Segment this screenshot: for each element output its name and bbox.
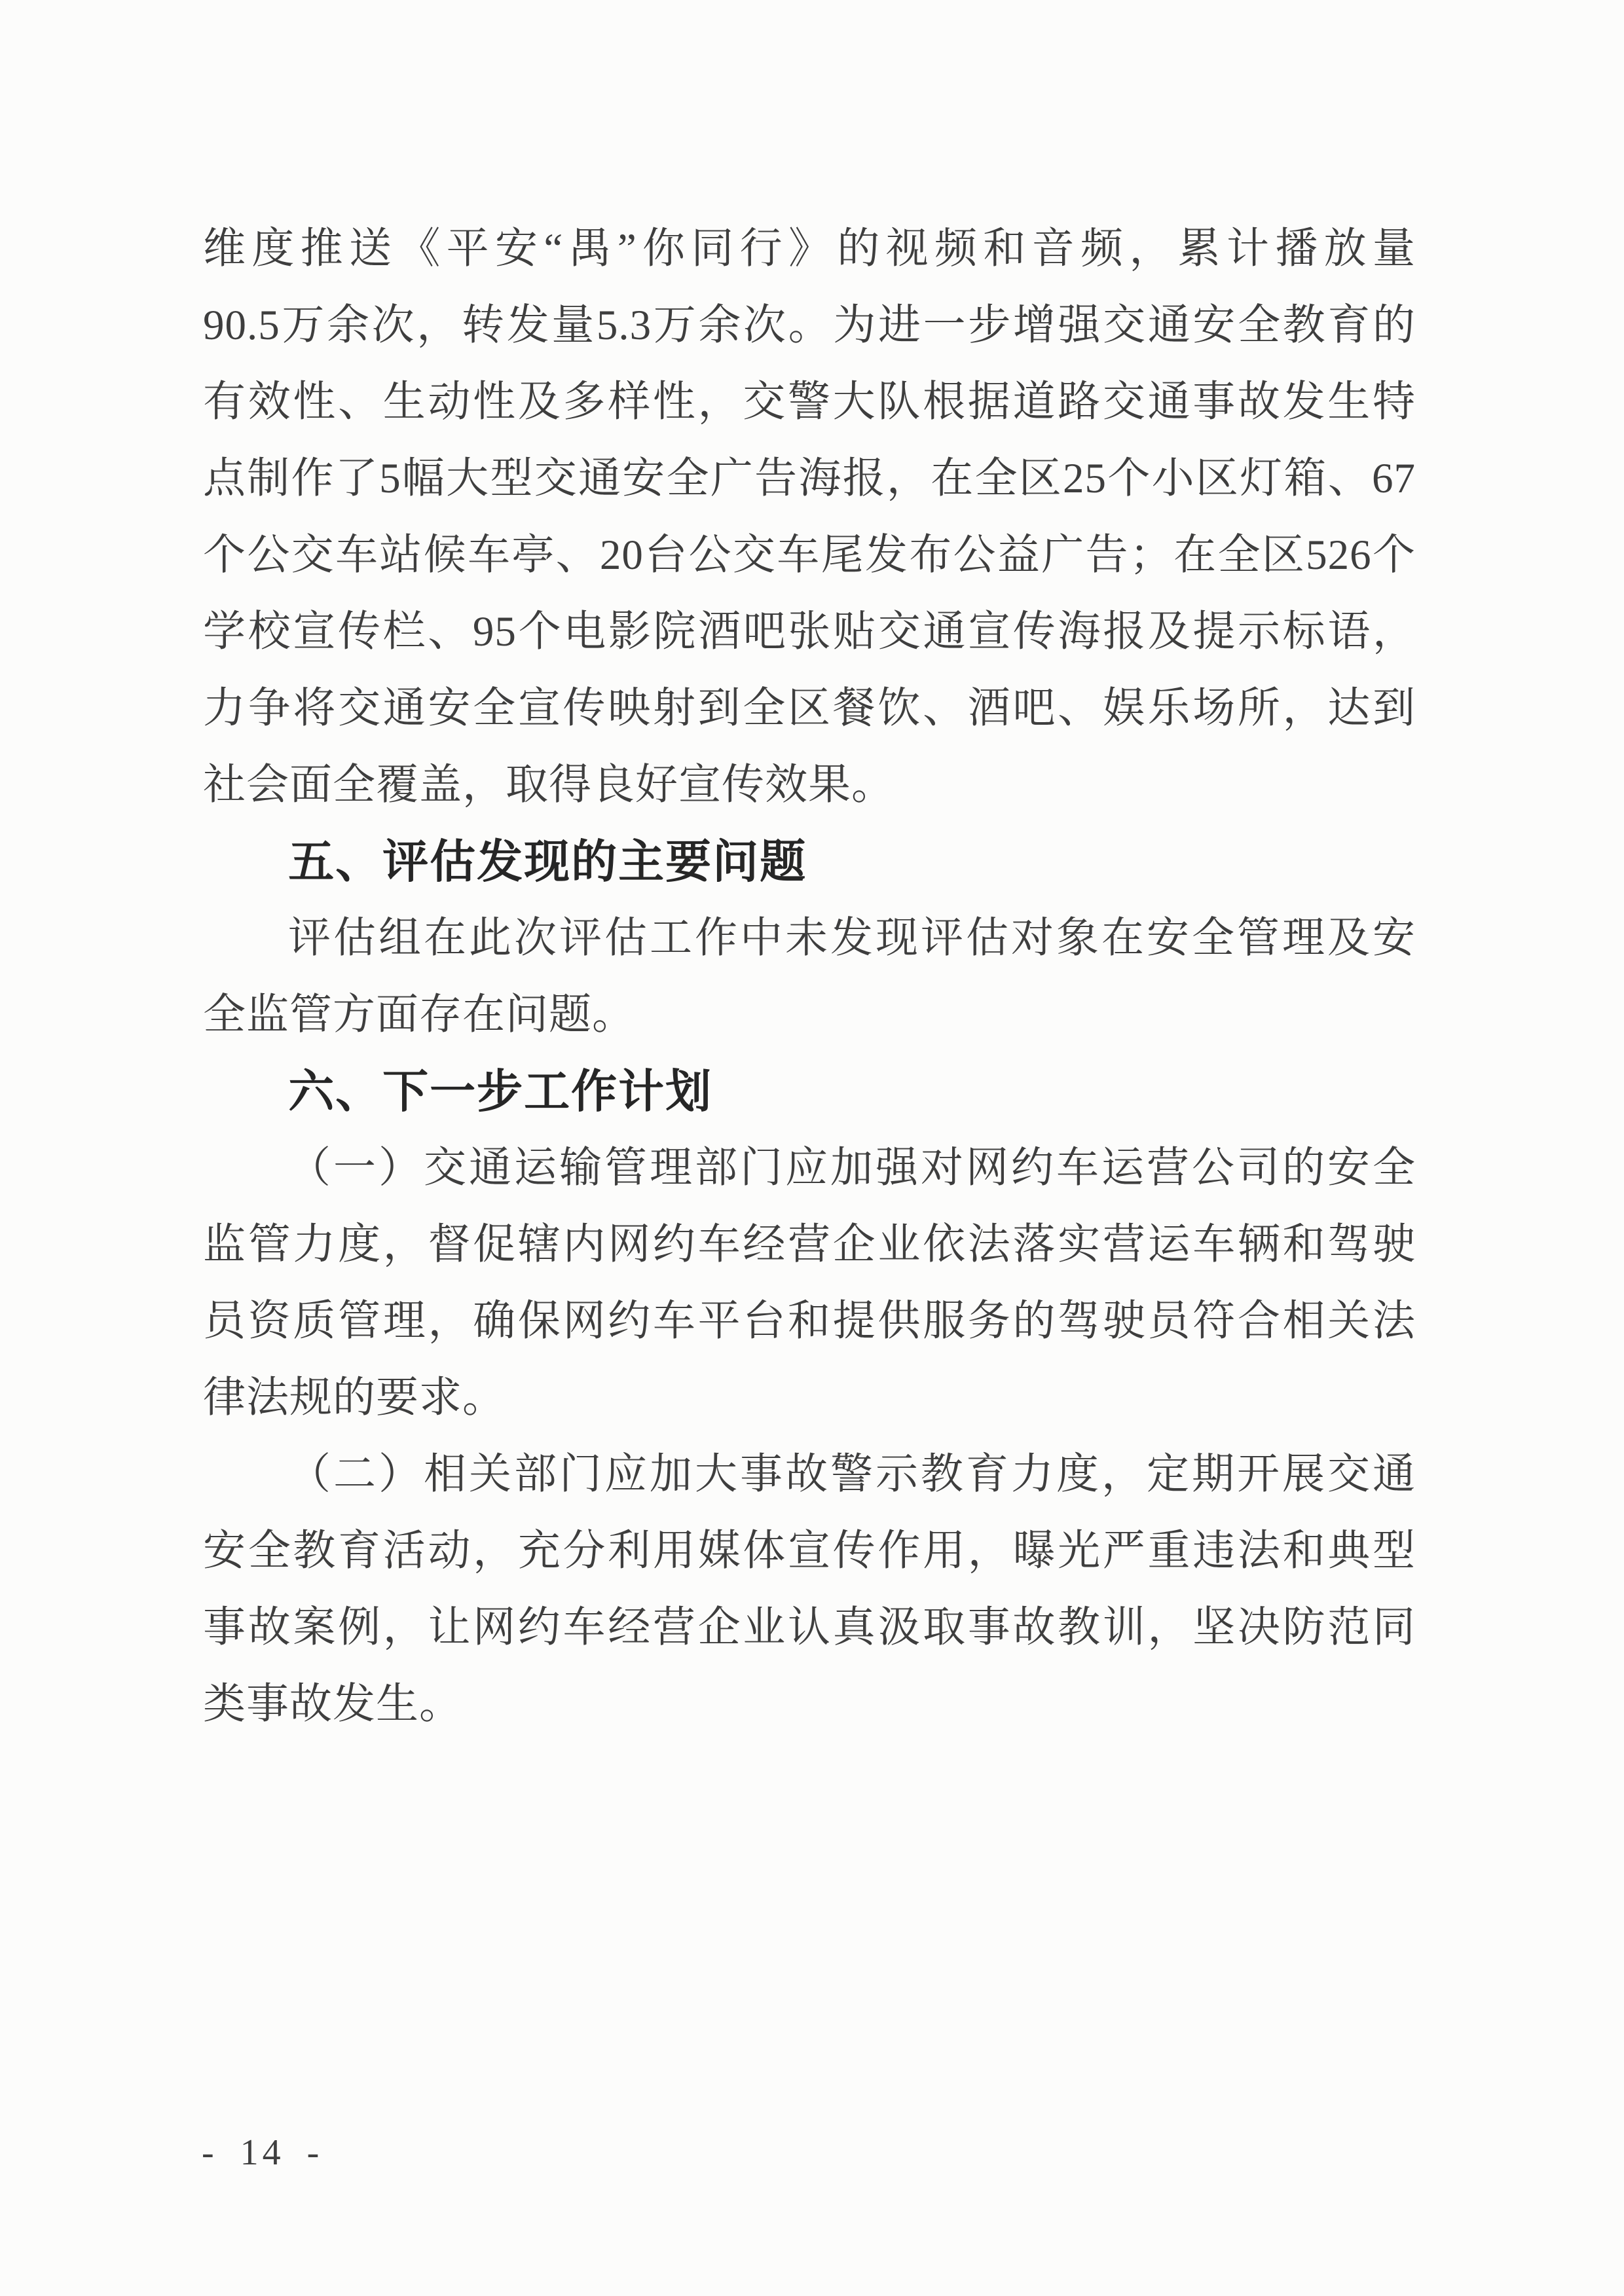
- text-line: 安全教育活动，充分利用媒体宣传作用，曝光严重违法和典型: [203, 1513, 1416, 1590]
- paragraph-item-2: （二）相关部门应加大事故警示教育力度，定期开展交通 安全教育活动，充分利用媒体宣…: [203, 1436, 1416, 1743]
- text-line: 监管力度，督促辖内网约车经营企业依法落实营运车辆和驾驶: [203, 1207, 1416, 1283]
- text-line: 维度推送《平安“禺”你同行》的视频和音频，累计播放量: [203, 211, 1416, 287]
- document-page: 维度推送《平安“禺”你同行》的视频和音频，累计播放量 90.5万余次，转发量5.…: [0, 0, 1624, 2296]
- text-line: 全监管方面存在问题。: [203, 977, 1416, 1053]
- section-5-heading: 五、评估发现的主要问题: [203, 824, 1416, 900]
- text-line: 事故案例，让网约车经营企业认真汲取事故教训，坚决防范同: [203, 1590, 1416, 1666]
- text-line: 力争将交通安全宣传映射到全区餐饮、酒吧、娱乐场所，达到: [203, 670, 1416, 747]
- text-line: 律法规的要求。: [203, 1360, 1416, 1436]
- text-line: 员资质管理，确保网约车平台和提供服务的驾驶员符合相关法: [203, 1283, 1416, 1360]
- text-line: 点制作了5幅大型交通安全广告海报，在全区25个小区灯箱、67: [203, 441, 1416, 517]
- text-line: （二）相关部门应加大事故警示教育力度，定期开展交通: [203, 1436, 1416, 1513]
- text-line: （一）交通运输管理部门应加强对网约车运营公司的安全: [203, 1130, 1416, 1207]
- text-line: 90.5万余次，转发量5.3万余次。为进一步增强交通安全教育的: [203, 287, 1416, 364]
- paragraph-section5: 评估组在此次评估工作中未发现评估对象在安全管理及安 全监管方面存在问题。: [203, 900, 1416, 1053]
- paragraph-item-1: （一）交通运输管理部门应加强对网约车运营公司的安全 监管力度，督促辖内网约车经营…: [203, 1130, 1416, 1436]
- text-line: 类事故发生。: [203, 1666, 1416, 1743]
- text-line: 社会面全覆盖，取得良好宣传效果。: [203, 747, 1416, 824]
- text-line: 个公交车站候车亭、20台公交车尾发布公益广告；在全区526个: [203, 517, 1416, 594]
- page-footer: - 14 -: [202, 2132, 323, 2174]
- paragraph-continuation: 维度推送《平安“禺”你同行》的视频和音频，累计播放量 90.5万余次，转发量5.…: [203, 211, 1416, 824]
- section-6-heading: 六、下一步工作计划: [203, 1053, 1416, 1130]
- text-line: 评估组在此次评估工作中未发现评估对象在安全管理及安: [203, 900, 1416, 977]
- page-number: - 14 -: [202, 2132, 323, 2173]
- text-line: 有效性、生动性及多样性，交警大队根据道路交通事故发生特: [203, 364, 1416, 441]
- document-body: 维度推送《平安“禺”你同行》的视频和音频，累计播放量 90.5万余次，转发量5.…: [203, 211, 1416, 1743]
- text-line: 学校宣传栏、95个电影院酒吧张贴交通宣传海报及提示标语，: [203, 594, 1416, 670]
